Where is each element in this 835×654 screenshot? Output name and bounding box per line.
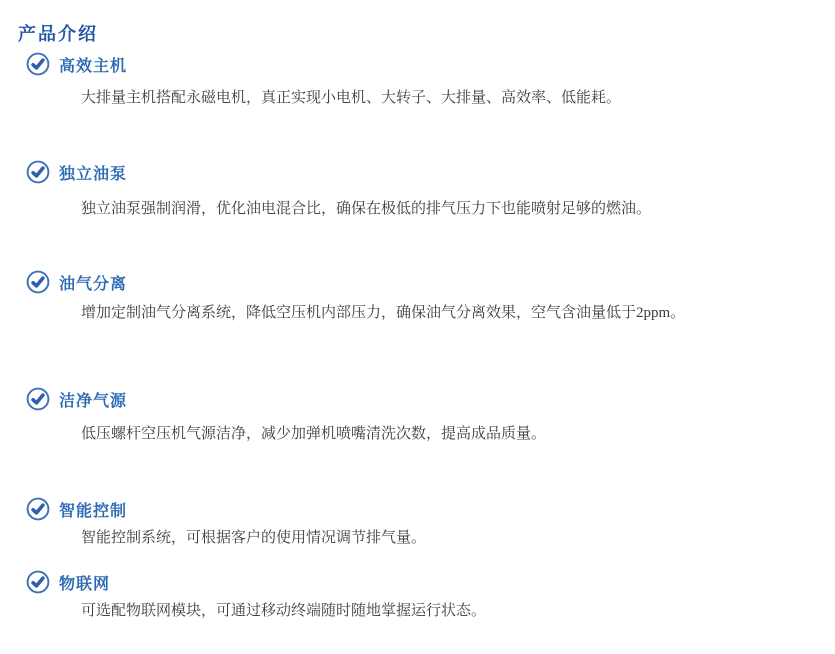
feature-section-2: 独立油泵 独立油泵强制润滑，优化油电混合比，确保在极低的排气压力下也能喷射足够的… [26,160,815,184]
section-body: 增加定制油气分离系统，降低空压机内部压力，确保油气分离效果，空气含油量低于2pp… [81,303,815,324]
section-heading: 物联网 [59,571,110,594]
section-heading: 智能控制 [59,498,127,521]
document-page: 产品介绍 高效主机 大排量主机搭配永磁电机，真正实现小电机、大转子、大排量、高效… [0,0,835,654]
check-circle-icon [26,387,50,411]
feature-section-1: 高效主机 大排量主机搭配永磁电机，真正实现小电机、大转子、大排量、高效率、低能耗… [26,52,815,76]
check-circle-icon [26,270,50,294]
section-head: 高效主机 [26,52,815,76]
section-body: 独立油泵强制润滑，优化油电混合比，确保在极低的排气压力下也能喷射足够的燃油。 [81,199,815,220]
section-head: 智能控制 [26,497,815,521]
check-circle-icon [26,160,50,184]
feature-section-3: 油气分离 增加定制油气分离系统，降低空压机内部压力，确保油气分离效果，空气含油量… [26,270,815,294]
feature-section-4: 洁净气源 低压螺杆空压机气源洁净，减少加弹机喷嘴清洗次数，提高成品质量。 [26,387,815,411]
section-heading: 油气分离 [59,271,127,294]
section-head: 油气分离 [26,270,815,294]
feature-section-6: 物联网 可选配物联网模块，可通过移动终端随时随地掌握运行状态。 [26,570,815,594]
section-body: 智能控制系统，可根据客户的使用情况调节排气量。 [81,528,815,549]
section-heading: 洁净气源 [59,388,127,411]
page-title: 产品介绍 [18,20,98,46]
section-body: 大排量主机搭配永磁电机，真正实现小电机、大转子、大排量、高效率、低能耗。 [81,88,815,109]
feature-section-5: 智能控制 智能控制系统，可根据客户的使用情况调节排气量。 [26,497,815,521]
section-head: 独立油泵 [26,160,815,184]
check-circle-icon [26,497,50,521]
section-body: 低压螺杆空压机气源洁净，减少加弹机喷嘴清洗次数，提高成品质量。 [81,424,815,445]
section-heading: 独立油泵 [59,161,127,184]
section-head: 洁净气源 [26,387,815,411]
check-circle-icon [26,52,50,76]
section-head: 物联网 [26,570,815,594]
check-circle-icon [26,570,50,594]
section-body: 可选配物联网模块，可通过移动终端随时随地掌握运行状态。 [81,601,815,622]
section-heading: 高效主机 [59,53,127,76]
